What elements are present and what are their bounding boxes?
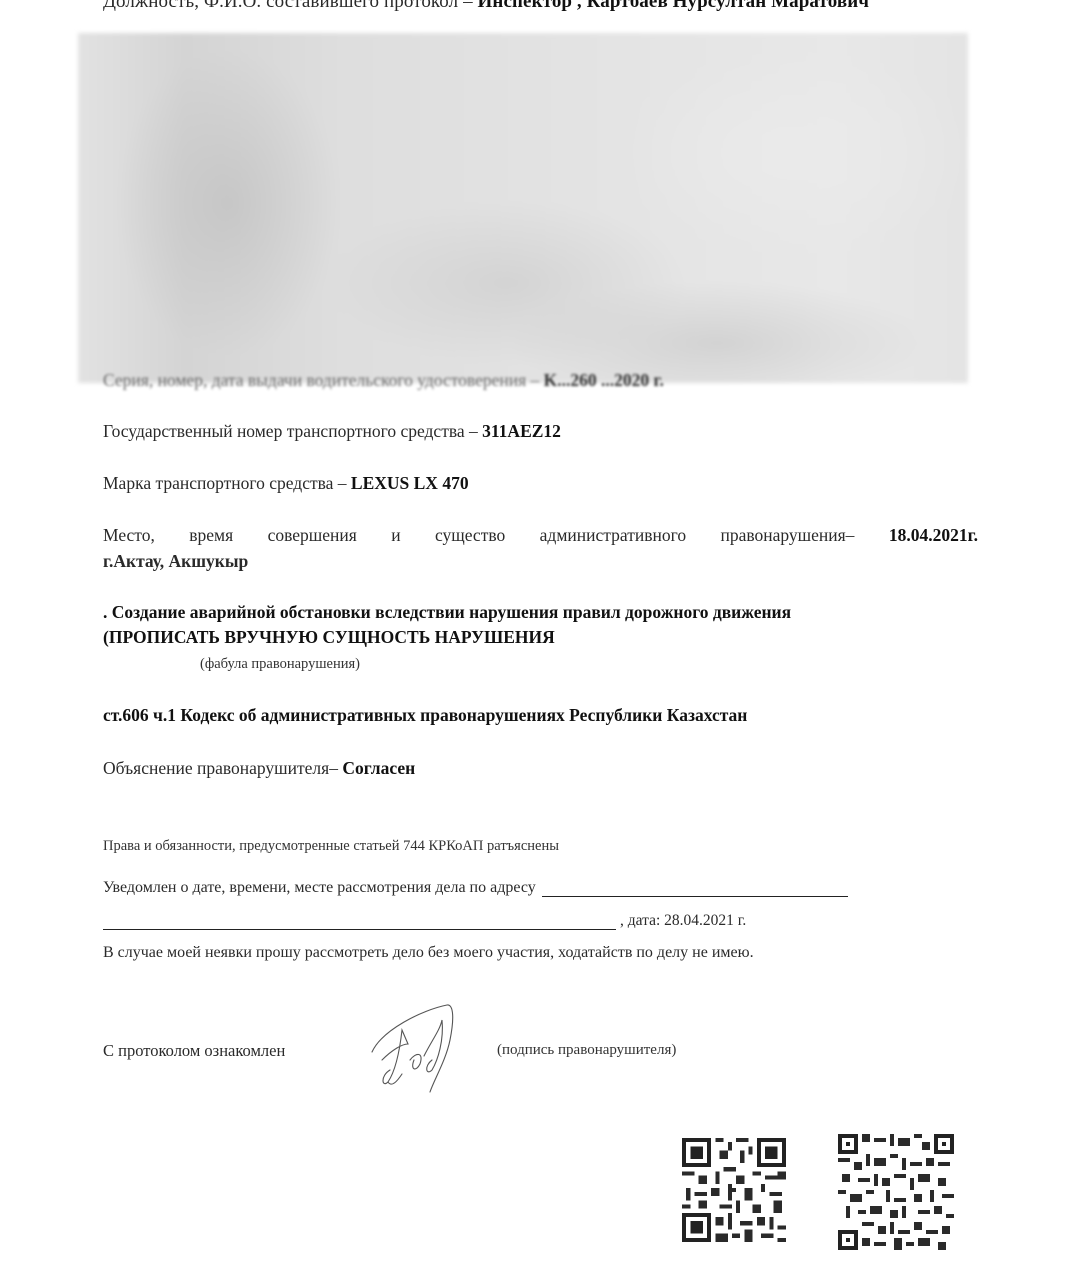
author-line: Должность, Ф.И.О. составившего протокол … [103, 0, 869, 13]
place-word: совершения [268, 525, 357, 546]
fabula-text-line-1: . Создание аварийной обстановки вследств… [103, 602, 791, 623]
place-word: административного [540, 525, 686, 546]
redacted-area [78, 33, 968, 383]
notified-date-line: , дата: 28.04.2021 г. [103, 912, 746, 930]
fabula-caption: (фабула правонарушения) [200, 656, 360, 673]
address-blank-2 [103, 915, 616, 930]
acknowledgement-label: С протоколом ознакомлен [103, 1041, 285, 1061]
brand-value: LEXUS LX 470 [351, 473, 469, 493]
place-word: время [189, 525, 233, 546]
explanation-line: Объяснение правонарушителя– Согласен [103, 758, 415, 779]
explanation-label: Объяснение правонарушителя– [103, 758, 342, 778]
explanation-value: Согласен [342, 758, 415, 778]
notified-label: Уведомлен о дате, времени, месте рассмот… [103, 879, 536, 897]
signature-icon [362, 1000, 472, 1100]
place-word: существо [435, 525, 505, 546]
notified-line: Уведомлен о дате, времени, месте рассмот… [103, 879, 848, 897]
license-label: Серия, номер, дата выдачи водительского … [103, 370, 544, 390]
offense-date: 18.04.2021г. [889, 525, 978, 546]
address-blank [542, 882, 848, 897]
brand-label: Марка транспортного средства – [103, 473, 351, 493]
offense-location: г.Актау, Акшукыр [103, 551, 248, 572]
place-time-line: Место, время совершения и существо админ… [103, 525, 978, 546]
place-word: Место, [103, 525, 155, 546]
author-label: Должность, Ф.И.О. составившего протокол … [103, 0, 478, 12]
rights-notice: Права и обязанности, предусмотренные ста… [103, 838, 559, 855]
qr-code-icon [838, 1134, 954, 1250]
notified-date: , дата: 28.04.2021 г. [620, 912, 746, 930]
place-word: правонарушения– [720, 525, 854, 546]
fabula-text-line-2: (ПРОПИСАТЬ ВРУЧНУЮ СУЩНОСТЬ НАРУШЕНИЯ [103, 627, 555, 648]
plate-value: 311AEZ12 [482, 421, 561, 441]
brand-line: Марка транспортного средства – LEXUS LX … [103, 473, 469, 494]
article-reference: ст.606 ч.1 Кодекс об административных пр… [103, 705, 747, 726]
plate-line: Государственный номер транспортного сред… [103, 421, 561, 442]
signature-caption: (подпись правонарушителя) [497, 1042, 676, 1059]
place-word: и [391, 525, 400, 546]
license-line: Серия, номер, дата выдачи водительского … [103, 370, 664, 391]
qr-code-icon [682, 1138, 786, 1242]
author-value: Инспектор , Картбаев Нурсултан Маратович [478, 0, 870, 12]
absence-statement: В случае моей неявки прошу рассмотреть д… [103, 944, 754, 962]
plate-label: Государственный номер транспортного сред… [103, 421, 482, 441]
license-value: K...260 ...2020 г. [544, 370, 664, 390]
